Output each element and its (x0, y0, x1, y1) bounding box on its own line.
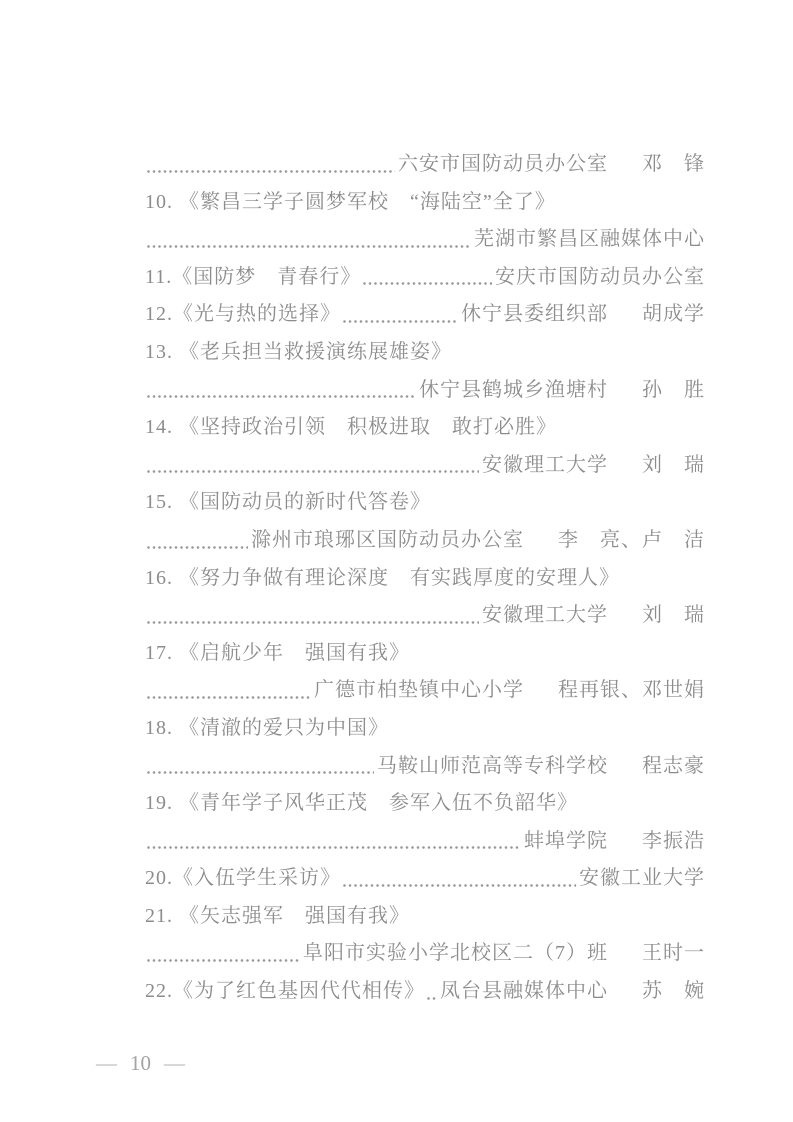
entry-organization: 安徽工业大学 (579, 860, 705, 898)
dot-leader (427, 973, 438, 1011)
list-line: 蚌埠学院李振浩 (145, 823, 705, 861)
entry-title: 21. 《矢志强军 强国有我》 (145, 898, 410, 936)
dot-leader (147, 447, 480, 485)
list-line: 15. 《国防动员的新时代答卷》 (145, 484, 705, 522)
entry-title: 12.《光与热的选择》 (145, 296, 341, 334)
entry-organization: 马鞍山师范高等专科学校 (377, 748, 608, 786)
list-line: 20.《入伍学生采访》安徽工业大学 (145, 860, 705, 898)
list-line: 16. 《努力争做有理论深度 有实践厚度的安理人》 (145, 560, 705, 598)
entry-organization: 安徽理工大学 (482, 447, 608, 485)
list-line: 13. 《老兵担当救援演练展雄姿》 (145, 334, 705, 372)
entry-author: 程再银、邓世娟 (558, 672, 705, 710)
entry-author: 胡成学 (642, 296, 705, 334)
entry-organization: 休宁县委组织部 (461, 296, 608, 334)
dot-leader (147, 522, 249, 560)
entry-organization: 蚌埠学院 (524, 823, 608, 861)
entry-author: 李 亮、卢 洁 (558, 522, 705, 560)
dot-leader (147, 672, 312, 710)
footer-dash-left: — (96, 1051, 117, 1076)
dot-leader (343, 296, 459, 334)
list-line: 17. 《启航少年 强国有我》 (145, 635, 705, 673)
page-footer: — 10 — (96, 1051, 185, 1076)
entry-title: 18. 《清澈的爱只为中国》 (145, 710, 389, 748)
entry-organization: 六安市国防动员办公室 (398, 146, 608, 184)
dot-leader (147, 748, 375, 786)
entry-title: 20.《入伍学生采访》 (145, 860, 341, 898)
list-line: 休宁县鹤城乡渔塘村孙 胜 (145, 372, 705, 410)
dot-leader (147, 823, 522, 861)
entry-organization: 滁州市琅琊区国防动员办公室 (251, 522, 524, 560)
entry-title: 22.《为了红色基因代代相传》 (145, 973, 425, 1011)
dot-leader (147, 146, 396, 184)
list-line: 19. 《青年学子风华正茂 参军入伍不负韶华》 (145, 785, 705, 823)
dot-leader (147, 597, 480, 635)
list-line: 阜阳市实验小学北校区二（7）班王时一 (145, 935, 705, 973)
entry-title: 15. 《国防动员的新时代答卷》 (145, 484, 431, 522)
entry-author: 刘 瑞 (642, 597, 705, 635)
entry-organization: 休宁县鹤城乡渔塘村 (419, 372, 608, 410)
list-line: 广德市柏垫镇中心小学程再银、邓世娟 (145, 672, 705, 710)
list-line: 22.《为了红色基因代代相传》凤台县融媒体中心苏 婉 (145, 973, 705, 1011)
dot-leader (147, 221, 472, 259)
entry-organization: 阜阳市实验小学北校区二（7）班 (303, 935, 608, 973)
footer-dash-right: — (164, 1051, 185, 1076)
list-line: 芜湖市繁昌区融媒体中心 (145, 221, 705, 259)
entry-title: 13. 《老兵担当救援演练展雄姿》 (145, 334, 452, 372)
list-line: 六安市国防动员办公室邓 锋 (145, 146, 705, 184)
entry-organization: 凤台县融媒体中心 (440, 973, 608, 1011)
entry-organization: 安庆市国防动员办公室 (495, 259, 705, 297)
dot-leader (343, 860, 577, 898)
list-line: 10. 《繁昌三学子圆梦军校 “海陆空”全了》 (145, 184, 705, 222)
entry-title: 19. 《青年学子风华正茂 参军入伍不负韶华》 (145, 785, 578, 823)
entry-author: 刘 瑞 (642, 447, 705, 485)
list-line: 滁州市琅琊区国防动员办公室李 亮、卢 洁 (145, 522, 705, 560)
page-number: 10 (130, 1051, 151, 1076)
list-line: 马鞍山师范高等专科学校程志豪 (145, 748, 705, 786)
dot-leader (147, 372, 417, 410)
entry-author: 王时一 (642, 935, 705, 973)
dot-leader (147, 935, 301, 973)
entry-author: 孙 胜 (642, 372, 705, 410)
list-line: 安徽理工大学刘 瑞 (145, 447, 705, 485)
list-line: 安徽理工大学刘 瑞 (145, 597, 705, 635)
list-line: 21. 《矢志强军 强国有我》 (145, 898, 705, 936)
toc-entry-list: 六安市国防动员办公室邓 锋10. 《繁昌三学子圆梦军校 “海陆空”全了》芜湖市繁… (145, 146, 705, 1011)
entry-title: 14. 《坚持政治引领 积极进取 敢打必胜》 (145, 409, 557, 447)
entry-title: 11.《国防梦 青春行》 (145, 259, 361, 297)
entry-title: 16. 《努力争做有理论深度 有实践厚度的安理人》 (145, 560, 620, 598)
list-line: 11.《国防梦 青春行》安庆市国防动员办公室 (145, 259, 705, 297)
entry-title: 17. 《启航少年 强国有我》 (145, 635, 410, 673)
entry-title: 10. 《繁昌三学子圆梦军校 “海陆空”全了》 (145, 184, 556, 222)
entry-organization: 广德市柏垫镇中心小学 (314, 672, 524, 710)
dot-leader (363, 259, 493, 297)
entry-author: 苏 婉 (642, 973, 705, 1011)
list-line: 18. 《清澈的爱只为中国》 (145, 710, 705, 748)
list-line: 14. 《坚持政治引领 积极进取 敢打必胜》 (145, 409, 705, 447)
entry-author: 李振浩 (642, 823, 705, 861)
entry-author: 程志豪 (642, 748, 705, 786)
entry-organization: 安徽理工大学 (482, 597, 608, 635)
list-line: 12.《光与热的选择》休宁县委组织部胡成学 (145, 296, 705, 334)
entry-organization: 芜湖市繁昌区融媒体中心 (474, 221, 705, 259)
entry-author: 邓 锋 (642, 146, 705, 184)
document-page: 六安市国防动员办公室邓 锋10. 《繁昌三学子圆梦军校 “海陆空”全了》芜湖市繁… (0, 0, 793, 1122)
